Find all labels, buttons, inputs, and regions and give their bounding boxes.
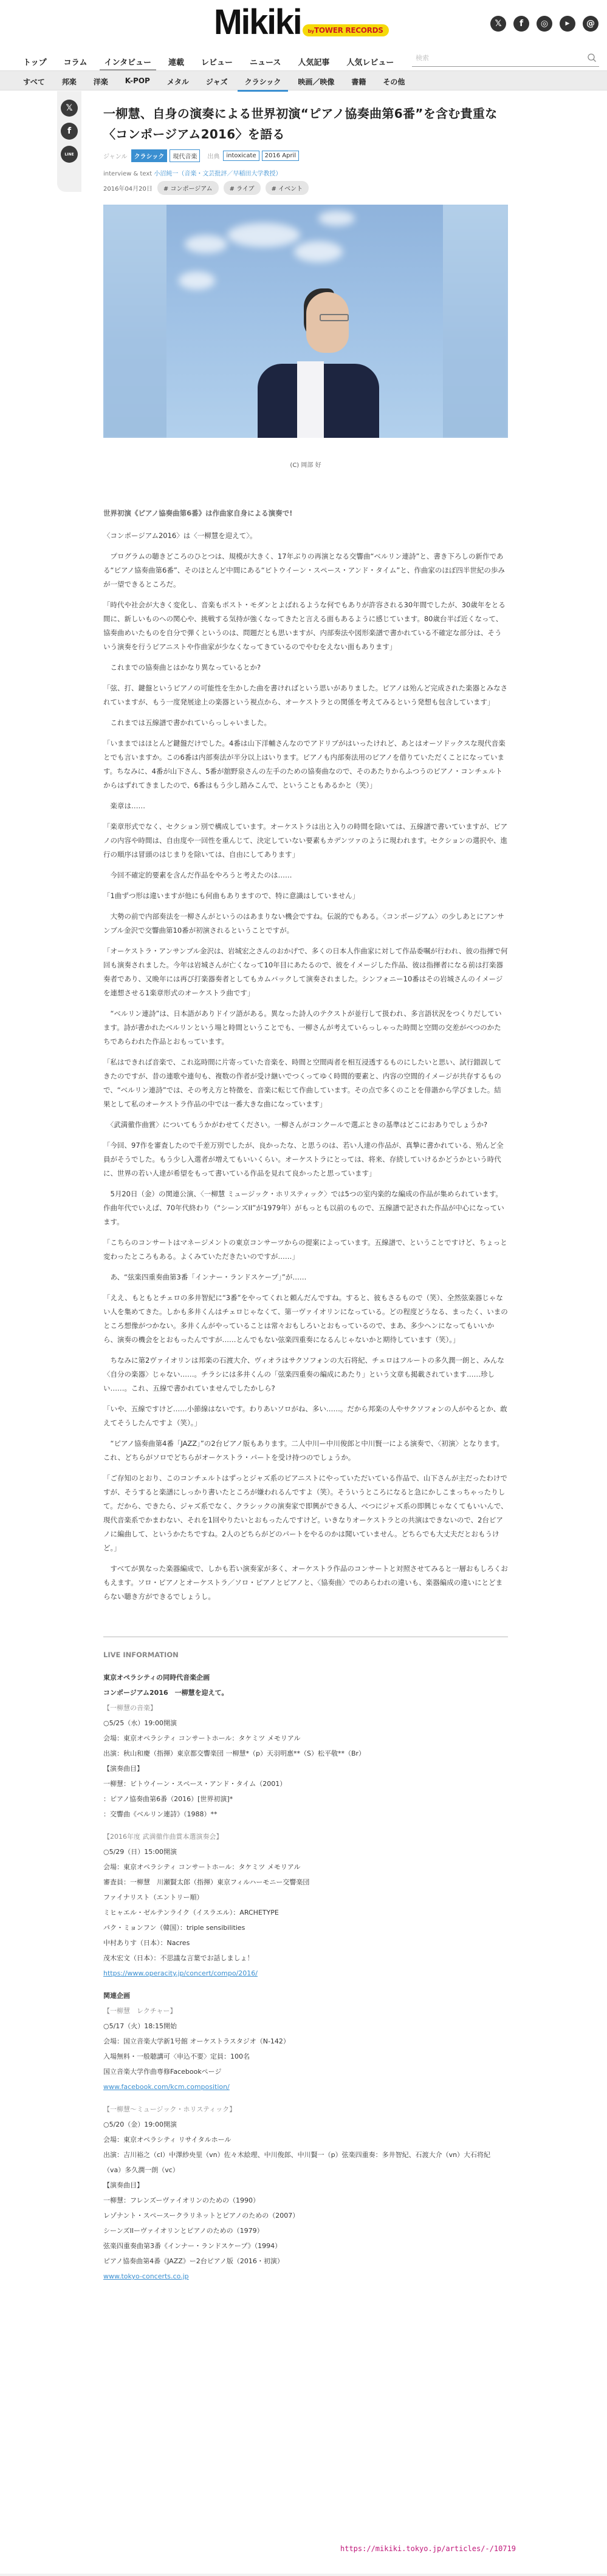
- logo-wordmark: Mikiki: [214, 4, 301, 40]
- author-link[interactable]: 小沼純一（音楽・文芸批評／早稲田大学教授）: [154, 171, 281, 177]
- lead-heading: 世界初演《ピアノ協奏曲第6番》は作曲家自身による演奏で!: [103, 506, 508, 520]
- site-logo[interactable]: Mikiki byTOWER RECORDS: [214, 5, 389, 39]
- genre-classical[interactable]: クラシック: [236, 71, 290, 91]
- share-line-icon[interactable]: LINE: [61, 146, 78, 163]
- article-title: 一柳慧、自身の演奏による世界初演“ピアノ協奏曲第6番”を含む貴重な〈コンポージア…: [103, 103, 508, 145]
- concert-heading: 【一柳慧の音楽】: [103, 1700, 508, 1716]
- paragraph: これまでは五線譜で書かれていらっしゃいました。: [103, 716, 508, 730]
- genre-nav: すべて 邦楽 洋楽 K-POP メタル ジャズ クラシック 映画／映像 書籍 そ…: [0, 70, 607, 90]
- paragraph: “ベルリン連詩”は、日本語がありドイツ語がある。異なった詩人のテクストが並行して…: [103, 1007, 508, 1049]
- paragraph: すべてが異なった楽器編成で、しかも若い演奏家が多く、オーケストラ作品のコンサート…: [103, 1562, 508, 1604]
- logo-badge: byTOWER RECORDS: [303, 24, 389, 36]
- paragraph: ちなみに第2ヴァイオリンは邦楽の石渡大介、ヴィオラはサクソフォンの大石将紀、チェ…: [103, 1354, 508, 1395]
- search-icon[interactable]: [587, 53, 597, 63]
- paragraph: これまでの協奏曲とはかなり異なっているとか?: [103, 661, 508, 675]
- footer-edge: [0, 2574, 607, 2576]
- concert-heading: 【2016年度 武満徹作曲賞本選演奏会】: [103, 1829, 508, 1844]
- page-url: https://mikiki.tokyo.jp/articles/-/10719: [340, 2544, 516, 2553]
- nav-item-top[interactable]: トップ: [15, 51, 55, 71]
- paragraph: 「弦、打、鍵盤というピアノの可能性を生かした曲を書ければという思いがありました。…: [103, 681, 508, 709]
- nav-item-interview[interactable]: インタビュー: [96, 51, 160, 71]
- source-tag-issue[interactable]: 2016 April: [262, 151, 299, 161]
- genre-tag-classical[interactable]: クラシック: [131, 149, 168, 162]
- nav-item-popular-reviews[interactable]: 人気レビュー: [338, 51, 402, 71]
- program-item: ピアノ協奏曲第4番《JAZZ》ー2台ピアノ版（2016・初演）: [103, 2254, 508, 2269]
- paragraph: 「楽章形式でなく、セクション別で構成しています。オーケストラは出と入りの時間を除…: [103, 820, 508, 862]
- source-label: 出典: [207, 151, 219, 160]
- paragraph: 「いや、五線ですけど……小節線はないです。わりあいソロがね、多い……。だから邦楽…: [103, 1402, 508, 1430]
- hero-image: [103, 205, 508, 438]
- program-item: レゾナント・スペースークラリネットとピアノのための（2007）: [103, 2208, 508, 2223]
- genre-jazz[interactable]: ジャズ: [197, 71, 236, 91]
- paragraph: あ、“弦楽四重奏曲第3番「インナー・ランドスケープ」”が……: [103, 1270, 508, 1284]
- lecture-fb-label: 国立音楽大学作曲専修Facebookページ: [103, 2064, 508, 2079]
- nav-item-review[interactable]: レビュー: [193, 51, 241, 71]
- paragraph: 楽章は……: [103, 799, 508, 813]
- nav-item-popular-articles[interactable]: 人気記事: [289, 51, 338, 71]
- paragraph: 「ええ、もともとチェロの多井智紀に“3番”をやってくれと頼んだんですね。すると、…: [103, 1291, 508, 1347]
- paragraph: 「ご存知のとおり、このコンチェルトはずっとジャズ系のピアニストにやっていただいて…: [103, 1471, 508, 1555]
- program-label: 【演奏曲目】: [103, 1761, 508, 1776]
- hashtag-event[interactable]: # イベント: [266, 181, 309, 195]
- threads-icon[interactable]: @: [583, 16, 598, 32]
- article: 一柳慧、自身の演奏による世界初演“ピアノ協奏曲第6番”を含む貴重な〈コンポージア…: [103, 91, 508, 2284]
- genre-film[interactable]: 映画／映像: [289, 71, 343, 91]
- share-rail: 𝕏 f LINE: [57, 91, 81, 192]
- youtube-icon[interactable]: ▶: [560, 16, 575, 32]
- genre-western[interactable]: 洋楽: [85, 71, 117, 91]
- program-item: シーンズIIーヴァイオリンとピアノのための（1979）: [103, 2223, 508, 2238]
- program-label: 【演奏曲目】: [103, 2178, 508, 2193]
- nav-item-news[interactable]: ニュース: [241, 51, 289, 71]
- concert-venue: 会場：東京オペラシティ コンサートホール：タケミツ メモリアル: [103, 1731, 508, 1746]
- live-info-heading: LIVE INFORMATION: [103, 1651, 508, 1659]
- concert-venue: 会場：東京オペラシティ コンサートホール：タケミツ メモリアル: [103, 1859, 508, 1875]
- program-item: ：ピアノ協奏曲第6番（2016）[世界初演]*: [103, 1791, 508, 1807]
- holistic-date: ○5/20（金）19:00開演: [103, 2117, 508, 2132]
- facebook-icon[interactable]: f: [513, 16, 529, 32]
- concert-judges: 審査員：一柳慧 川瀬賢太郎（指揮）東京フィルハーモニー交響楽団: [103, 1875, 508, 1890]
- photo-caption: (C) 岡部 好: [103, 460, 508, 469]
- paragraph: 5月20日（金）の関連公演、〈一柳慧 ミュージック・ホリスティック〉では5つの室…: [103, 1187, 508, 1229]
- paragraph: 「時代や社会が大きく変化し、音楽もポスト・モダンとよばれるような何でもありが許容…: [103, 598, 508, 654]
- paragraph: 〈武満徹作曲賞〉についてもうかがわせてください。一柳さんがコンクールで選ぶときの…: [103, 1118, 508, 1132]
- byline: interview & text 小沼純一（音楽・文芸批評／早稲田大学教授）: [103, 168, 508, 177]
- portrait-photo: [166, 205, 443, 438]
- genre-jpop[interactable]: 邦楽: [53, 71, 85, 91]
- live-info: 東京オペラシティの同時代音楽企画 コンポージアム2016 一柳慧を迎えて。 【一…: [103, 1670, 508, 2284]
- search-box: [412, 51, 599, 67]
- section-divider: [103, 1637, 508, 1637]
- concert-cast: 出演：秋山和慶（指揮）東京都交響楽団 一柳慧*（p）天羽明惠**（S）松平敬**…: [103, 1746, 508, 1761]
- site-header: Mikiki byTOWER RECORDS 𝕏 f ◎ ▶ @: [0, 0, 607, 49]
- finalist-item: ミヒャエル・ゼルテンライク（イスラエル）：ARCHETYPE: [103, 1905, 508, 1920]
- instagram-icon[interactable]: ◎: [537, 16, 552, 32]
- lecture-date: ○5/17（火）18:15開始: [103, 2019, 508, 2034]
- paragraph: 大勢の前で内部奏法を一柳さんがというのはあまりない機会ですね。伝説的でもある。〈…: [103, 910, 508, 938]
- lecture-admission: 入場無料・一般聴講可〈申込不要〉定員：100名: [103, 2049, 508, 2064]
- genre-other[interactable]: その他: [374, 71, 413, 91]
- publish-date: 2016年04月20日: [103, 183, 153, 193]
- operacity-link[interactable]: https://www.operacity.jp/concert/compo/2…: [103, 1969, 258, 1977]
- holistic-heading: 【一柳慧〜ミュージック・ホリスティック】: [103, 2102, 508, 2117]
- share-x-icon[interactable]: 𝕏: [61, 100, 78, 117]
- social-links: 𝕏 f ◎ ▶ @: [490, 16, 598, 32]
- program-item: 一柳慧：フレンズーヴァイオリンのための（1990）: [103, 2193, 508, 2208]
- share-facebook-icon[interactable]: f: [61, 123, 78, 140]
- search-input[interactable]: [412, 51, 576, 66]
- paragraph: 「オーケストラ・アンサンブル金沢は、岩城宏之さんのおかげで、多くの日本人作曲家に…: [103, 944, 508, 1000]
- paragraph: 「1曲ずつ形は違いますが他にも何曲もありますので、特に意識はしていません」: [103, 889, 508, 903]
- article-body: 世界初演《ピアノ協奏曲第6番》は作曲家自身による演奏で! 〈コンポージアム201…: [103, 506, 508, 1604]
- program-item: ：交響曲《ベルリン連詩》（1988）**: [103, 1807, 508, 1822]
- paragraph: 「いままではほとんど鍵盤だけでした。4番は山下洋輔さんなのでアドリブがはいったけ…: [103, 737, 508, 792]
- paragraph: 「今回、97作を審査したので千差万別でしたが、良かったな、と思うのは、若い人達の…: [103, 1139, 508, 1181]
- tokyo-concerts-link[interactable]: www.tokyo-concerts.co.jp: [103, 2272, 189, 2280]
- date-tags-row: 2016年04月20日 # コンポージアム # ライブ # イベント: [103, 181, 508, 195]
- genre-tag-contemporary[interactable]: 現代音楽: [170, 149, 200, 162]
- finalist-item: 中村ありす（日本）：Nacres: [103, 1935, 508, 1951]
- hashtag-live[interactable]: # ライブ: [224, 181, 261, 195]
- nav-item-column[interactable]: コラム: [55, 51, 96, 71]
- event-series-title: 東京オペラシティの同時代音楽企画: [103, 1670, 508, 1685]
- event-title: コンポージアム2016 一柳慧を迎えて。: [103, 1685, 508, 1700]
- program-item: 弦楽四重奏曲第3番《インナー・ランドスケープ》（1994）: [103, 2238, 508, 2254]
- finalists-label: ファイナリスト（エントリー順）: [103, 1890, 508, 1905]
- genre-label: ジャンル: [103, 151, 128, 160]
- paragraph: 「私はできれば音楽で、これ迄時間に片寄っていた音楽を、時間と空間両者を相互浸透す…: [103, 1055, 508, 1111]
- concert-date: ○5/25（水）19:00開演: [103, 1716, 508, 1731]
- finalist-item: 茂木宏文（日本）：不思議な言葉でお話しましょ！: [103, 1951, 508, 1966]
- paragraph: プログラムの聴きどころのひとつは、規模が大きく、17年ぶりの再演となる交響曲“ベ…: [103, 550, 508, 591]
- paragraph: “ピアノ協奏曲第4番「JAZZ」”の2台ピアノ版もあります。二人中川ー中川俊郎と…: [103, 1437, 508, 1465]
- holistic-cast: 出演：吉川裕之（cl）中澤紗央里（vn）佐々木絵理、中川俊郎、中川賢一（p）弦楽…: [103, 2147, 508, 2178]
- facebook-link[interactable]: www.facebook.com/kcm.composition/: [103, 2083, 230, 2091]
- genre-kpop[interactable]: K-POP: [117, 71, 159, 91]
- paragraph: 「こちらのコンサートはマネージメントの東京コンサーツからの提案によっています。五…: [103, 1236, 508, 1264]
- hashtag-composium[interactable]: # コンポージアム: [157, 181, 219, 195]
- related-heading: 関連企画: [103, 1988, 508, 2003]
- program-item: 一柳慧：ビトウイーン・スペース・アンド・タイム（2001）: [103, 1776, 508, 1791]
- lecture-venue: 会場：国立音楽大学新1号館 オーケストラスタジオ（N-142）: [103, 2034, 508, 2049]
- holistic-venue: 会場：東京オペラシティ リサイタルホール: [103, 2132, 508, 2147]
- paragraph: 〈コンポージアム2016〉は〈一柳慧を迎えて〉。: [103, 529, 508, 543]
- article-meta: ジャンル クラシック 現代音楽 出典 intoxicate 2016 April: [103, 149, 508, 162]
- lecture-heading: 【一柳慧 レクチャー】: [103, 2003, 508, 2019]
- byline-label: interview & text: [103, 171, 152, 177]
- genre-all[interactable]: すべて: [15, 71, 53, 91]
- genre-books[interactable]: 書籍: [343, 71, 374, 91]
- nav-item-series[interactable]: 連載: [160, 51, 193, 71]
- genre-metal[interactable]: メタル: [159, 71, 197, 91]
- x-icon[interactable]: 𝕏: [490, 16, 506, 32]
- finalist-item: パク・ミョンフン（韓国）：triple sensibilities: [103, 1920, 508, 1935]
- paragraph: 今回不確定的要素を含んだ作品をやろうと考えたのは……: [103, 868, 508, 882]
- source-tag-intoxicate[interactable]: intoxicate: [223, 151, 259, 161]
- concert-date: ○5/29（日）15:00開演: [103, 1844, 508, 1859]
